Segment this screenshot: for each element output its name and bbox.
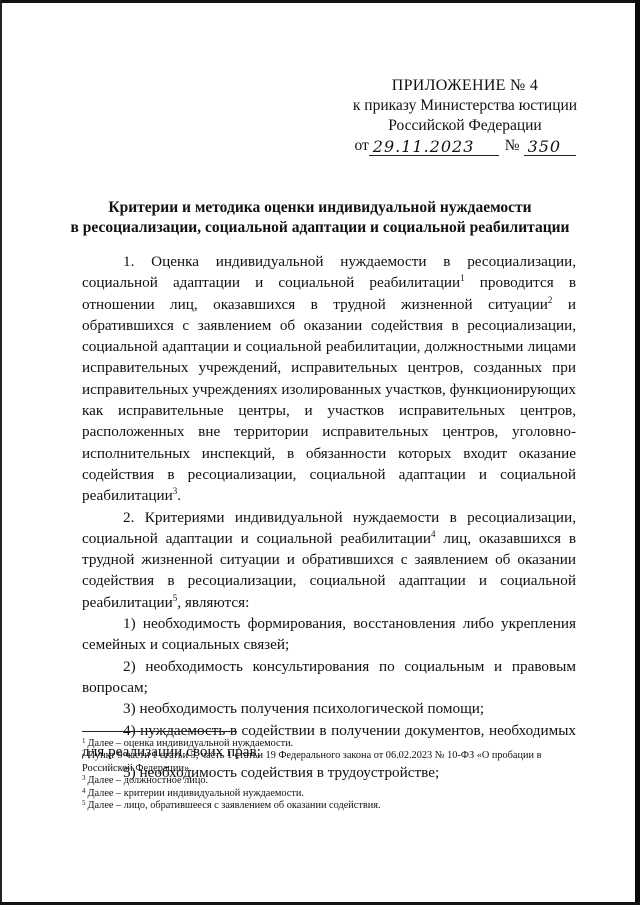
appendix-title: ПРИЛОЖЕНИЕ № 4 [340,76,590,96]
appendix-order-line: к приказу Министерства юстиции [340,96,590,116]
footnote-3: 3Далее – должностное лицо. [82,775,576,787]
footnote-5: 5Далее – лицо, обратившееся с заявлением… [82,800,576,812]
footnote-mark-5: 5 [82,799,86,807]
footnote-text-2: Пункт 9 части 1 статьи 5, часть 1 статьи… [82,750,541,773]
scan-border-right [635,0,640,905]
footnote-text-5: Далее – лицо, обратившееся с заявлением … [88,800,381,811]
footnote-mark-1: 1 [82,737,86,745]
criteria-item-1: 1) необходимость формирования, восстанов… [82,613,576,656]
footnotes: 1Далее – оценка индивидуальной нуждаемос… [82,738,576,812]
scan-border-left [0,0,2,905]
footnote-text-1: Далее – оценка индивидуальной нуждаемост… [88,738,294,749]
scan-border-top [0,0,640,3]
document-title: Критерии и методика оценки индивидуально… [60,198,580,238]
footnote-mark-3: 3 [82,774,86,782]
document-title-line-2: в ресоциализации, социальной адаптации и… [60,218,580,238]
footnote-4: 4Далее – критерии индивидуальной нуждаем… [82,788,576,800]
appendix-header: ПРИЛОЖЕНИЕ № 4 к приказу Министерства юс… [340,76,590,156]
footnote-mark-2: 2 [82,749,86,757]
number-label: № [505,136,520,156]
footnote-mark-4: 4 [82,787,86,795]
footnote-1: 1Далее – оценка индивидуальной нуждаемос… [82,738,576,750]
paragraph-1-text-d: . [177,487,181,504]
from-label: от [354,136,368,156]
footnote-2: 2Пункт 9 части 1 статьи 5, часть 1 стать… [82,750,576,775]
criteria-item-2: 2) необходимость консультирования по соц… [82,656,576,699]
paragraph-1-text-c: и обратившихся с заявлением об оказании … [82,296,576,505]
paragraph-2: 2. Критериями индивидуальной нуждаемости… [82,507,576,613]
paragraph-2-text-c: , являются: [177,594,249,611]
appendix-federation-line: Российской Федерации [340,116,590,136]
paragraph-1: 1. Оценка индивидуальной нуждаемости в р… [82,251,576,507]
criteria-item-3: 3) необходимость получения психологическ… [82,698,576,719]
appendix-date-number: от 29.11.2023 № 350 [340,136,590,156]
handwritten-date: 29.11.2023 [369,138,499,156]
footnote-text-4: Далее – критерии индивидуальной нуждаемо… [88,788,304,799]
document-title-line-1: Критерии и методика оценки индивидуально… [60,198,580,218]
footnote-text-3: Далее – должностное лицо. [88,775,209,786]
document-body: 1. Оценка индивидуальной нуждаемости в р… [82,251,576,783]
handwritten-number: 350 [524,138,576,156]
footnote-separator [82,731,237,732]
